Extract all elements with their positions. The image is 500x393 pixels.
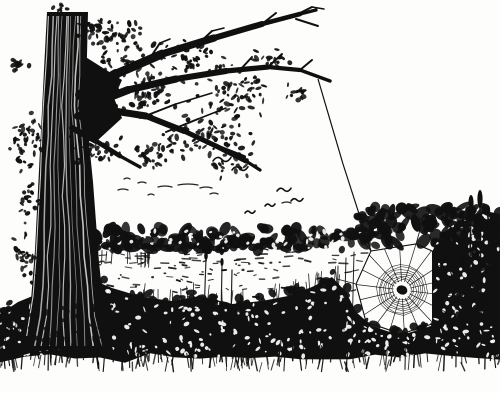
sky-birds xyxy=(213,157,303,213)
thread-line xyxy=(318,79,371,251)
illustration-frame xyxy=(0,0,500,393)
silk-thread xyxy=(318,79,371,251)
illustration-canvas xyxy=(0,0,500,393)
